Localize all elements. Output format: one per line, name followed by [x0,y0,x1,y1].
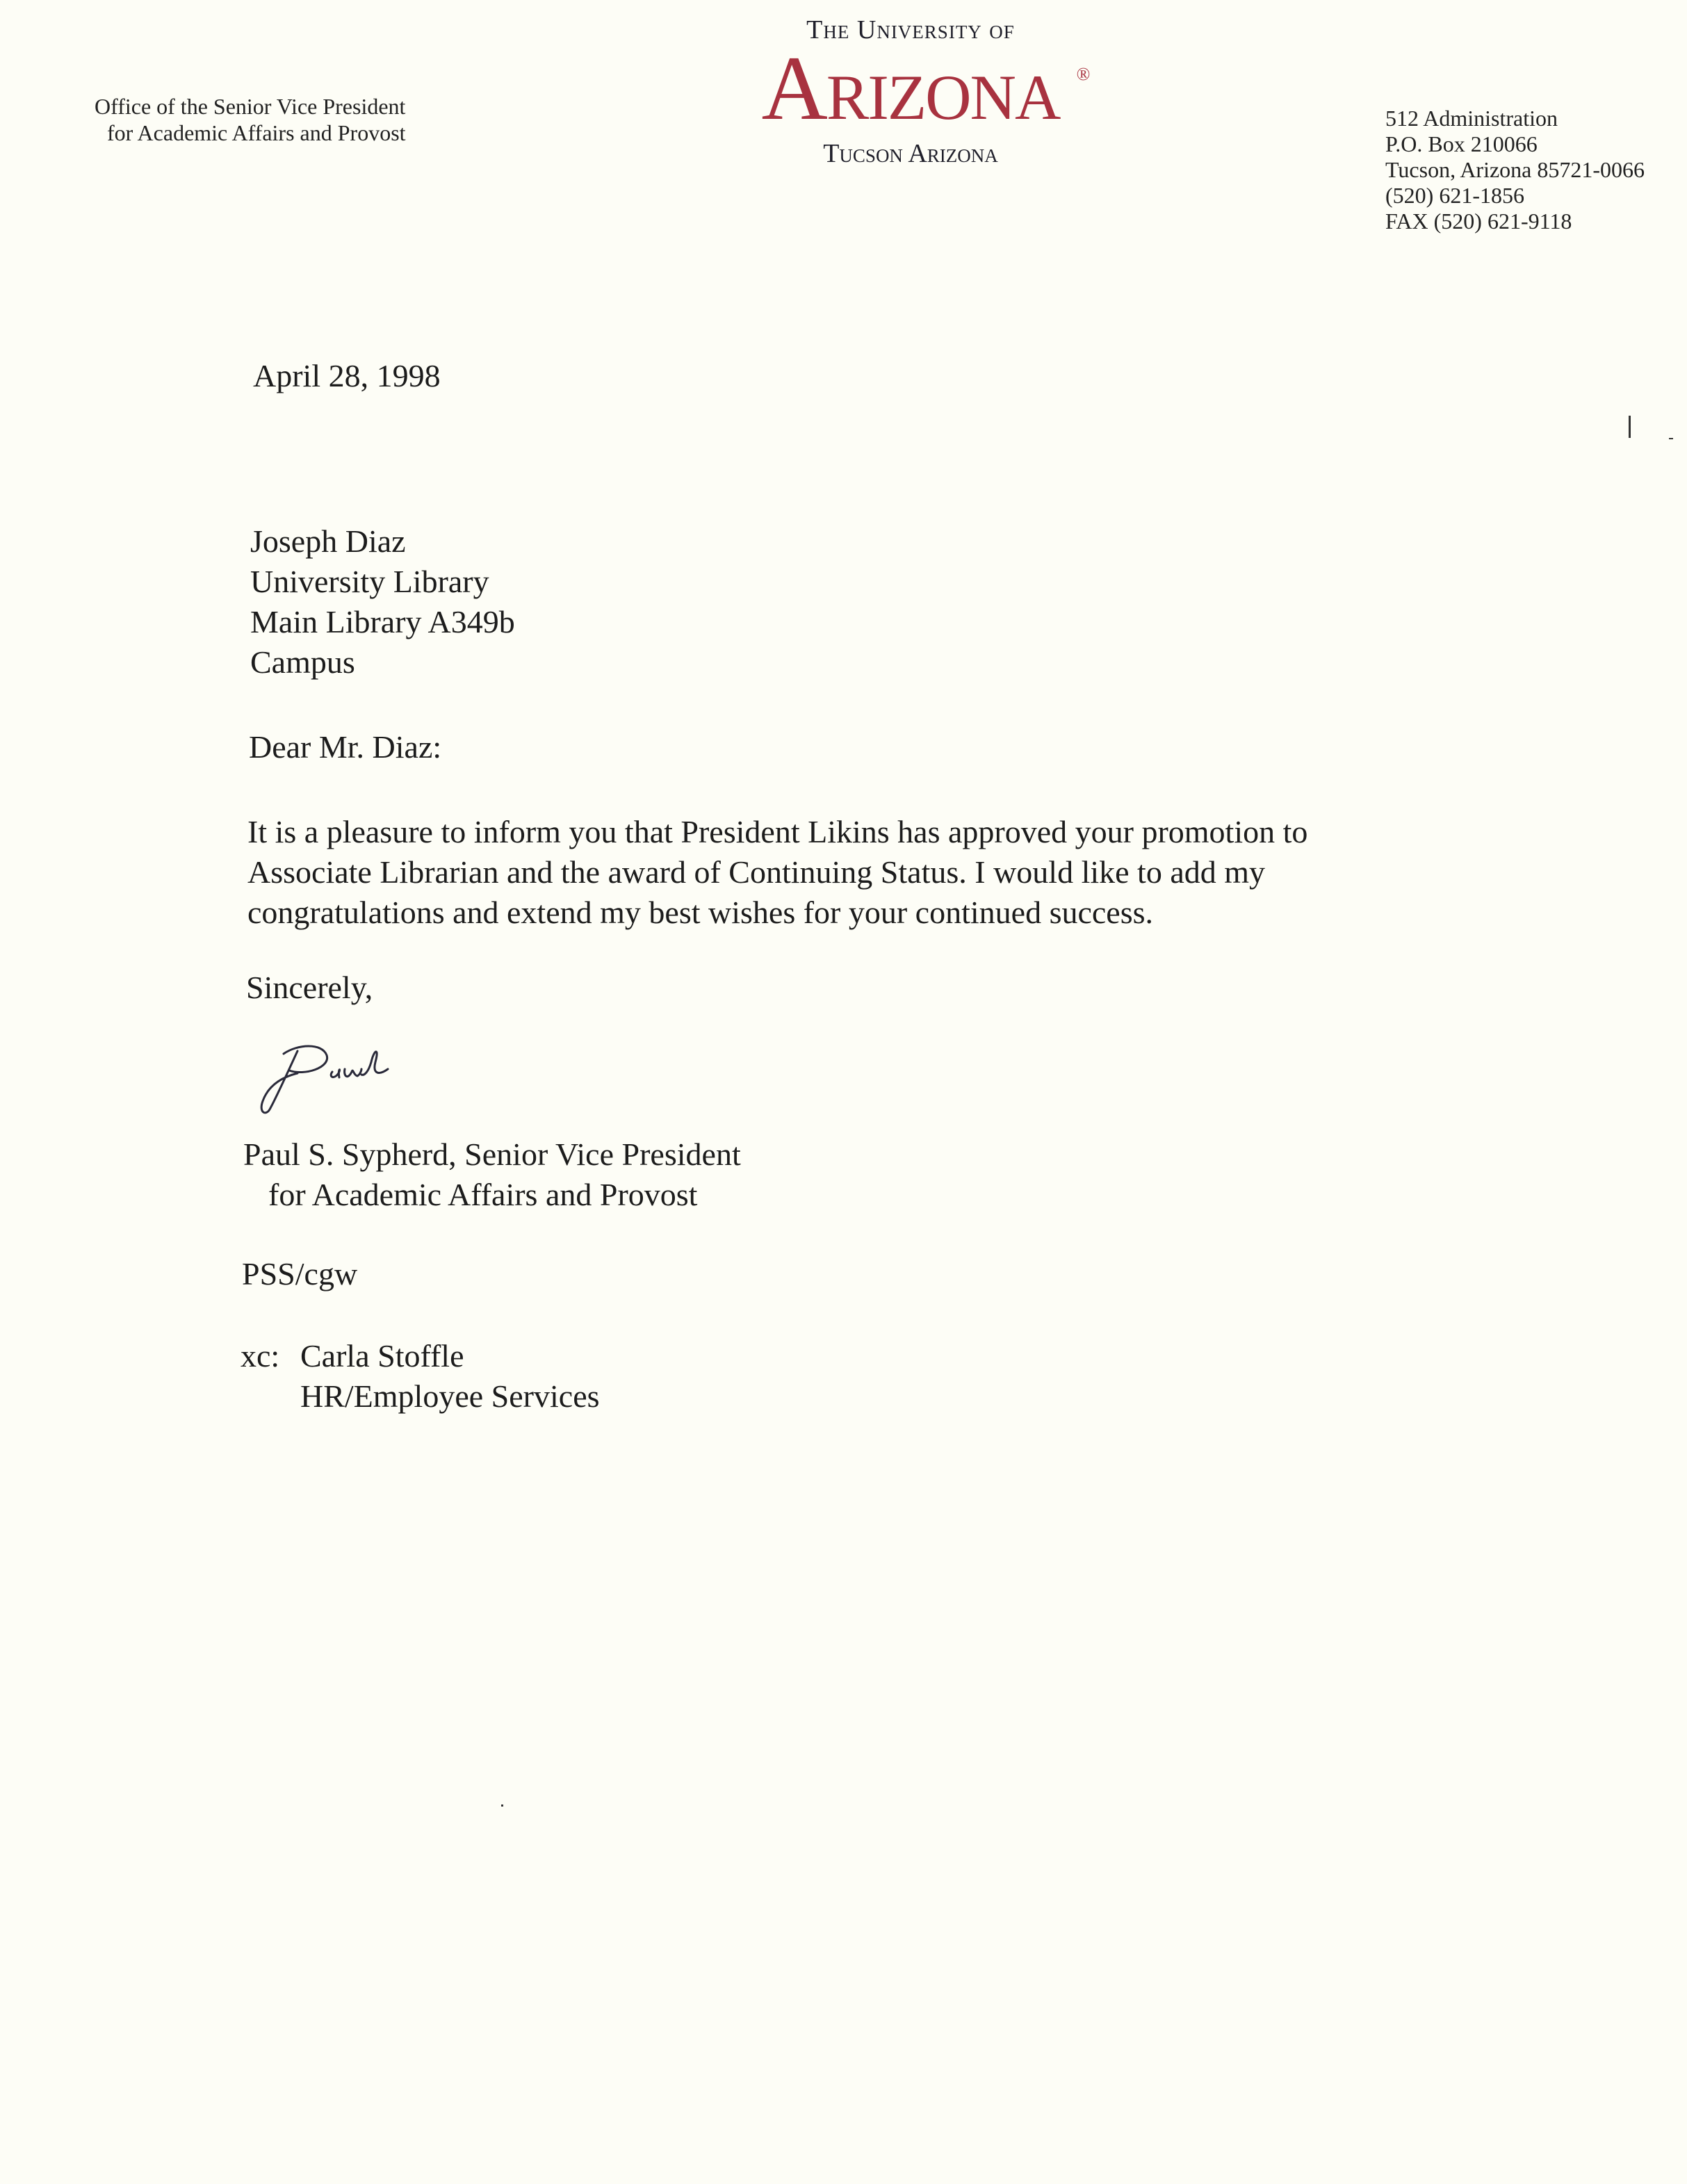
recipient-line: Campus [250,642,515,683]
scan-speck [1629,416,1631,438]
address-line: Tucson, Arizona 85721-0066 [1385,157,1645,183]
signer-name: Paul S. Sypherd, Senior Vice President [243,1134,741,1175]
office-line: Office of the Senior Vice President [95,93,406,120]
cc-recipient: HR/Employee Services [241,1376,600,1417]
cc-recipient: Carla Stoffle [300,1336,464,1376]
recipient-address: Joseph Diaz University Library Main Libr… [250,521,515,683]
body-line: It is a pleasure to inform you that Pres… [247,812,1307,852]
closing: Sincerely, [246,968,373,1008]
fax-line: FAX (520) 621-9118 [1385,209,1645,234]
registered-mark-icon: ® [1077,33,1091,115]
scan-speck [501,1804,503,1807]
address-line: P.O. Box 210066 [1385,131,1645,157]
phone-line: (520) 621-1856 [1385,183,1645,209]
cc-label: xc: [241,1336,300,1376]
body-line: congratulations and extend my best wishe… [247,893,1307,933]
salutation: Dear Mr. Diaz: [249,727,441,767]
logo-wordmark: Arizona ® [762,47,1060,129]
body-paragraph: It is a pleasure to inform you that Pres… [247,812,1307,933]
office-name: Office of the Senior Vice President for … [95,93,406,146]
letter-date: April 28, 1998 [253,356,441,396]
reference-initials: PSS/cgw [242,1254,357,1294]
office-line: for Academic Affairs and Provost [95,120,406,146]
logo-bottom-line: Tucson Arizona [716,133,1105,174]
recipient-line: Main Library A349b [250,602,515,642]
recipient-name: Joseph Diaz [250,521,515,562]
letter-page: Office of the Senior Vice President for … [0,0,1687,2184]
recipient-line: University Library [250,562,515,602]
signer-block: Paul S. Sypherd, Senior Vice President f… [243,1134,741,1215]
return-address: 512 Administration P.O. Box 210066 Tucso… [1385,106,1645,234]
body-line: Associate Librarian and the award of Con… [247,852,1307,893]
handwritten-signature [256,1034,437,1118]
copy-list: xc: Carla Stoffle HR/Employee Services [241,1336,600,1417]
logo-wordmark-text: Arizona [762,37,1060,139]
scan-speck [1669,438,1673,439]
university-logo: The University of Arizona ® Tucson Arizo… [716,13,1105,174]
signer-title: for Academic Affairs and Provost [243,1175,741,1215]
address-line: 512 Administration [1385,106,1645,131]
